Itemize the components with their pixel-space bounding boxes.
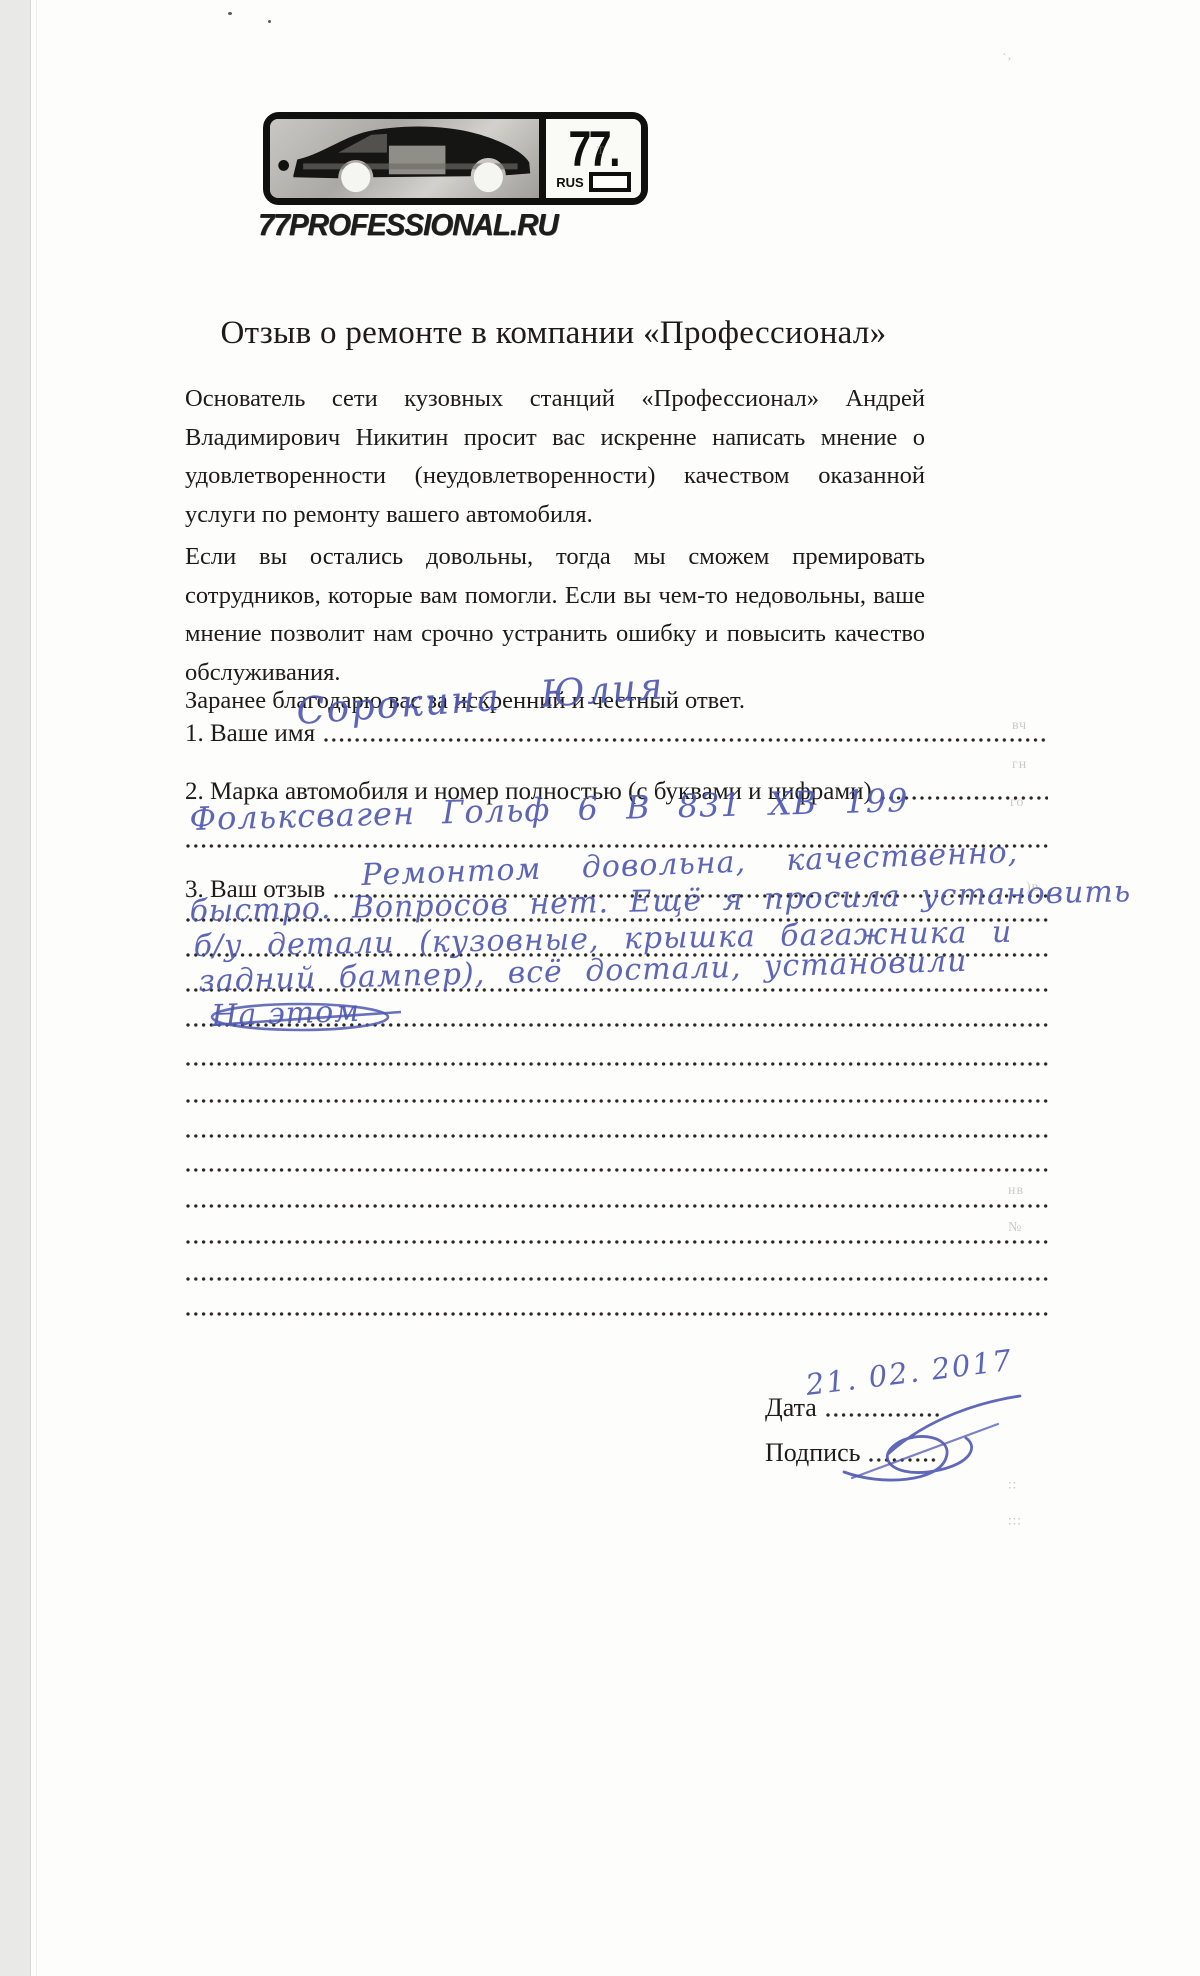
field-name-label: 1. Ваше имя bbox=[185, 720, 315, 748]
logo-77-badge: 77. RUS bbox=[539, 119, 641, 198]
bleed-mark: вч bbox=[1012, 718, 1027, 734]
dotted-line bbox=[185, 1098, 1048, 1104]
bleed-mark: нв bbox=[1008, 1183, 1024, 1199]
bleed-mark: ∶∶∶ bbox=[1008, 1514, 1022, 1531]
signature-scribble bbox=[830, 1390, 1030, 1495]
dotted-line bbox=[185, 1239, 1048, 1245]
bleed-mark: т bbox=[597, 141, 605, 159]
scan-speck bbox=[228, 12, 232, 15]
dotted-line bbox=[185, 1276, 1048, 1282]
page-title: Отзыв о ремонте в компании «Профессионал… bbox=[185, 315, 922, 352]
car-silhouette-icon bbox=[270, 119, 539, 198]
scan-speck bbox=[268, 20, 271, 23]
intro-paragraph-1: Основатель сети кузовных станций «Профес… bbox=[185, 380, 925, 534]
dotted-line bbox=[185, 1061, 1048, 1067]
bleed-mark: гн bbox=[1012, 757, 1027, 773]
paper-edge-line bbox=[36, 0, 37, 1976]
logo-site-text: 77PROFESSIONAL.RU bbox=[258, 207, 572, 243]
bleed-mark: ·, bbox=[1002, 48, 1012, 64]
logo-car-section bbox=[270, 119, 539, 198]
intro-paragraph-2: Если вы остались довольны, тогда мы смож… bbox=[185, 538, 925, 692]
bleed-mark: ∶∶ bbox=[1008, 1478, 1017, 1495]
scanned-feedback-form: 77. RUS 77PROFESSIONAL.RU Отзыв о ремонт… bbox=[0, 0, 1200, 1976]
company-logo: 77. RUS bbox=[263, 112, 648, 205]
scan-left-strip bbox=[0, 0, 31, 1976]
strikethrough-scribble bbox=[205, 995, 415, 1041]
bleed-mark: )в, bbox=[1026, 880, 1044, 896]
bleed-mark: № bbox=[1008, 1220, 1022, 1236]
dotted-line bbox=[185, 1133, 1048, 1139]
dotted-line bbox=[185, 1203, 1048, 1209]
dotted-line bbox=[185, 1167, 1048, 1173]
bleed-mark: го bbox=[1010, 795, 1024, 811]
dotted-line bbox=[185, 1311, 1048, 1317]
badge-number: 77. bbox=[569, 127, 619, 171]
dotted-line bbox=[323, 737, 1048, 743]
